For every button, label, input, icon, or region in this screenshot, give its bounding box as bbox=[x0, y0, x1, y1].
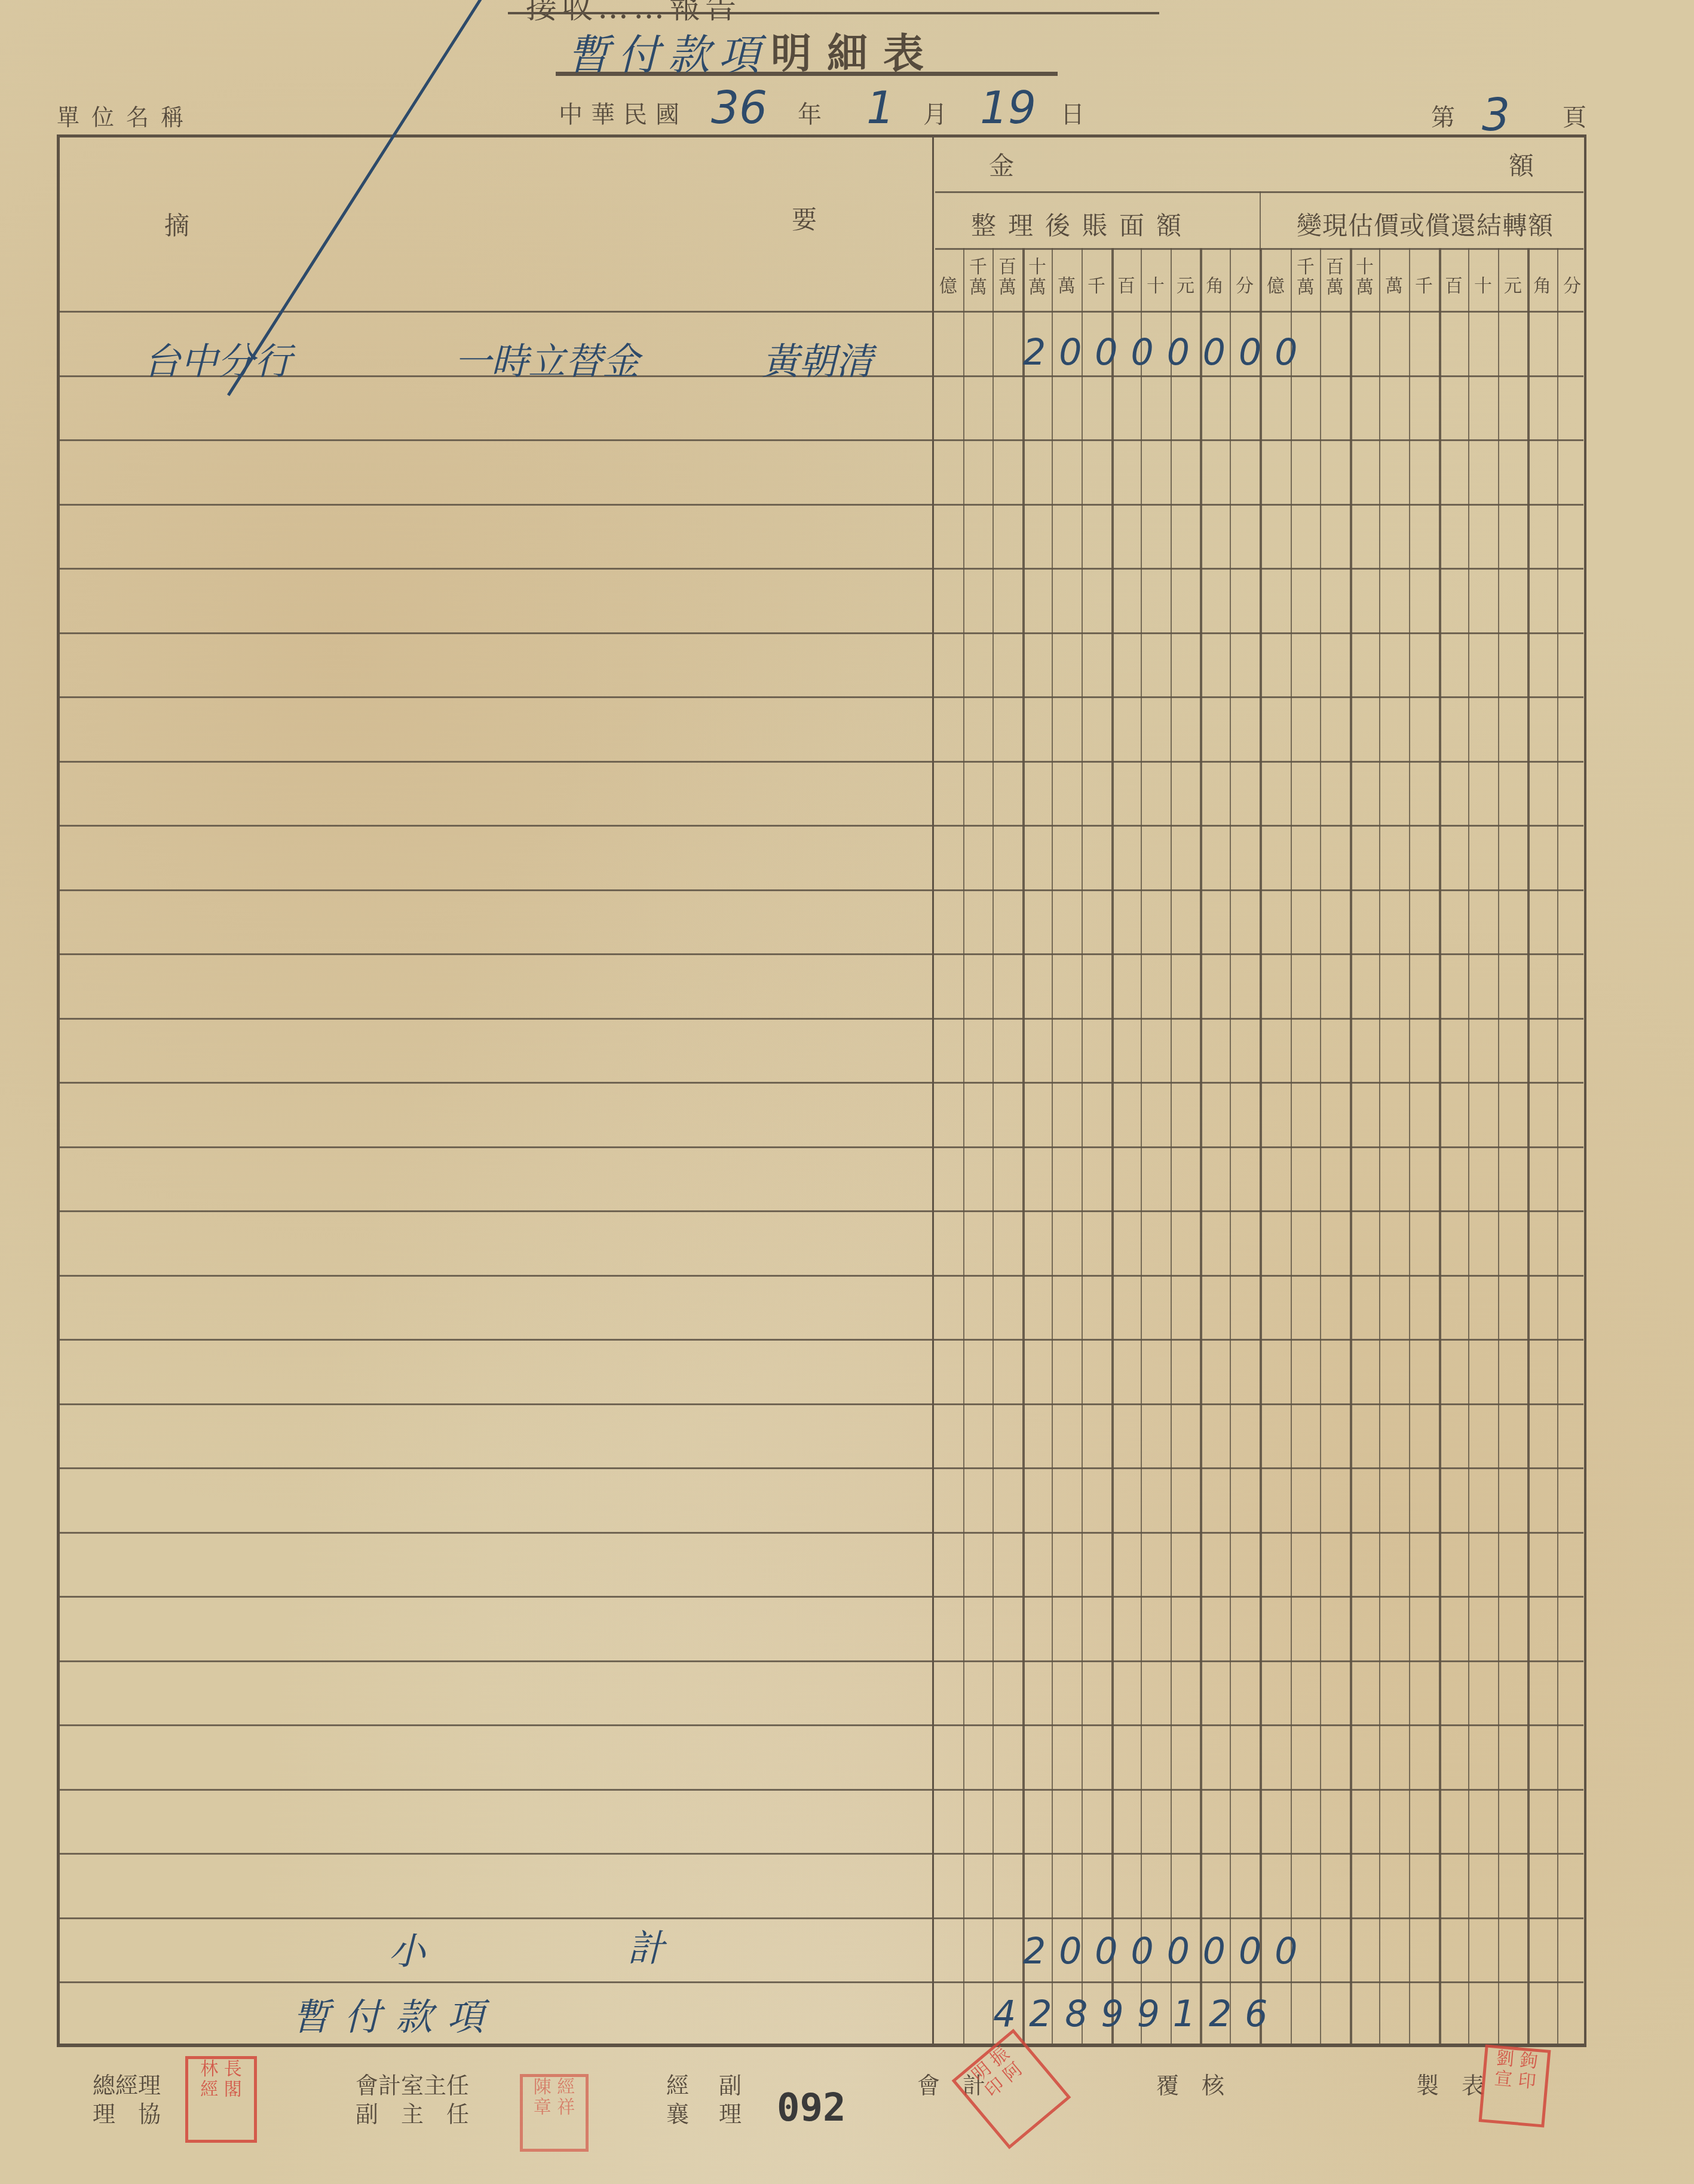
digit-column-divider bbox=[963, 248, 964, 2047]
row-divider bbox=[60, 1981, 1583, 1983]
row-divider bbox=[60, 1403, 1583, 1405]
subtotal-label-2: 計 bbox=[627, 1919, 664, 1972]
month-label: 月 bbox=[923, 96, 947, 130]
row-divider bbox=[60, 1018, 1583, 1020]
digit-column-header: 十 萬 bbox=[1022, 257, 1052, 298]
category-total-label: 暫付款項 bbox=[293, 1987, 498, 2041]
page-number: 3 bbox=[1482, 90, 1510, 141]
row-divider bbox=[60, 889, 1583, 891]
digit-column-header: 角 bbox=[1527, 276, 1557, 296]
digit-column-divider bbox=[992, 248, 994, 2047]
row-divider bbox=[60, 1146, 1583, 1148]
digit-column-header: 千 萬 bbox=[1291, 257, 1321, 298]
amount-header-left: 金 bbox=[989, 146, 1014, 182]
row-divider bbox=[60, 1467, 1583, 1469]
digit-column-divider bbox=[1200, 248, 1202, 2047]
digit-column-divider bbox=[1439, 248, 1441, 2047]
digit-column-header: 百 bbox=[1111, 276, 1141, 296]
summary-header-right: 要 bbox=[792, 200, 817, 236]
row-divider bbox=[60, 1210, 1583, 1212]
manager-label: 經 副 襄 理 bbox=[666, 2071, 745, 2128]
row-divider bbox=[60, 1339, 1583, 1341]
row-divider bbox=[60, 632, 1583, 634]
general-manager-label: 總經理 理 協 bbox=[93, 2071, 161, 2128]
digit-column-divider bbox=[1527, 248, 1530, 2047]
digit-column-header: 元 bbox=[1171, 276, 1200, 296]
digit-column-divider bbox=[1320, 248, 1321, 2047]
row-divider bbox=[60, 1917, 1583, 1919]
row-divider bbox=[60, 953, 1583, 955]
summary-header-left: 摘 bbox=[164, 206, 189, 242]
digit-column-divider bbox=[1379, 248, 1380, 2047]
category-total-amount: 42899126 bbox=[993, 1993, 1281, 2035]
subtotal-label-1: 小 bbox=[388, 1922, 425, 1975]
digit-column-divider bbox=[1052, 248, 1053, 2047]
digit-column-header: 百 萬 bbox=[1320, 257, 1350, 298]
block-b-title: 變現估價或償還結轉額 bbox=[1297, 206, 1554, 242]
digit-column-divider bbox=[1350, 248, 1352, 2047]
page-prefix: 第 bbox=[1431, 99, 1455, 133]
digit-column-header: 億 bbox=[1261, 276, 1291, 296]
digit-column-header: 角 bbox=[1200, 276, 1230, 296]
row-divider bbox=[60, 439, 1583, 441]
digit-column-header: 萬 bbox=[1052, 276, 1082, 296]
row-divider bbox=[60, 825, 1583, 827]
row-divider bbox=[60, 696, 1583, 698]
day-label: 日 bbox=[1061, 96, 1085, 130]
row-divider bbox=[60, 1660, 1583, 1662]
row-name: 黃朝清 bbox=[762, 332, 873, 385]
digit-column-header: 分 bbox=[1230, 276, 1260, 296]
unit-name-label: 單位名稱 bbox=[57, 99, 195, 131]
row-amount: 20000000 bbox=[1023, 332, 1310, 374]
reviewer-label: 覆 核 bbox=[1156, 2071, 1224, 2100]
amount-header-right: 額 bbox=[1509, 146, 1534, 182]
year-value: 36 bbox=[711, 82, 767, 134]
digit-column-divider bbox=[1557, 248, 1558, 2047]
digit-column-divider bbox=[1082, 248, 1083, 2047]
row-divider bbox=[60, 1853, 1583, 1855]
digit-column-divider bbox=[1230, 248, 1231, 2047]
top-underline bbox=[508, 12, 1159, 14]
page-title: 明細表 bbox=[771, 22, 939, 79]
digit-column-header: 千 萬 bbox=[963, 257, 993, 298]
digit-column-header: 千 bbox=[1082, 276, 1111, 296]
subtotal-amount: 20000000 bbox=[1023, 1931, 1310, 1972]
row-divider bbox=[60, 1275, 1583, 1277]
seal-stamp-accounting-head: 陳 經 章 祥 bbox=[520, 2074, 589, 2152]
digit-column-header: 百 萬 bbox=[992, 257, 1022, 298]
month-value: 1 bbox=[866, 82, 895, 134]
row-divider bbox=[60, 1789, 1583, 1791]
digit-column-header: 千 bbox=[1409, 276, 1439, 296]
digit-column-divider bbox=[1409, 248, 1410, 2047]
seal-stamp-preparer: 劉 鉤 宣 印 bbox=[1479, 2044, 1551, 2127]
accounting-head-label: 會計室主任 副 主 任 bbox=[356, 2071, 469, 2128]
digit-column-header: 十 萬 bbox=[1350, 257, 1380, 298]
row-divider bbox=[60, 311, 1583, 313]
row-item: 一時立替金 bbox=[454, 332, 639, 385]
digit-column-divider bbox=[1291, 248, 1292, 2047]
row-divider bbox=[60, 1532, 1583, 1534]
digit-column-header: 億 bbox=[933, 276, 963, 296]
digit-column-divider bbox=[1111, 248, 1114, 2047]
era-label: 中華民國 bbox=[559, 96, 688, 130]
digit-column-header: 分 bbox=[1557, 276, 1587, 296]
day-value: 19 bbox=[980, 82, 1036, 134]
digit-column-divider bbox=[1141, 248, 1142, 2047]
digit-column-header: 元 bbox=[1498, 276, 1528, 296]
digit-column-divider bbox=[1022, 248, 1025, 2047]
title-handwritten: 暫付款項 bbox=[568, 22, 768, 82]
serial-number: 092 bbox=[777, 2086, 846, 2130]
row-divider bbox=[60, 568, 1583, 570]
preparer-label: 製 表 bbox=[1416, 2071, 1484, 2100]
row-branch: 台中分行 bbox=[143, 332, 292, 385]
digit-column-header: 百 bbox=[1439, 276, 1469, 296]
row-divider bbox=[60, 761, 1583, 763]
digit-column-header: 十 bbox=[1468, 276, 1498, 296]
seal-stamp-general-manager: 林 長 經 閣 bbox=[185, 2056, 257, 2143]
row-divider bbox=[60, 1596, 1583, 1598]
digit-column-divider bbox=[1468, 248, 1469, 2047]
year-label: 年 bbox=[798, 96, 822, 130]
digit-column-divider bbox=[1498, 248, 1499, 2047]
row-divider bbox=[60, 504, 1583, 506]
row-divider bbox=[60, 1082, 1583, 1084]
block-a-title: 整理後賬面額 bbox=[971, 206, 1193, 242]
row-divider bbox=[60, 1724, 1583, 1726]
digit-column-divider bbox=[1171, 248, 1172, 2047]
page-suffix: 頁 bbox=[1563, 99, 1586, 133]
digit-column-header: 十 bbox=[1141, 276, 1171, 296]
digit-column-header: 萬 bbox=[1379, 276, 1409, 296]
